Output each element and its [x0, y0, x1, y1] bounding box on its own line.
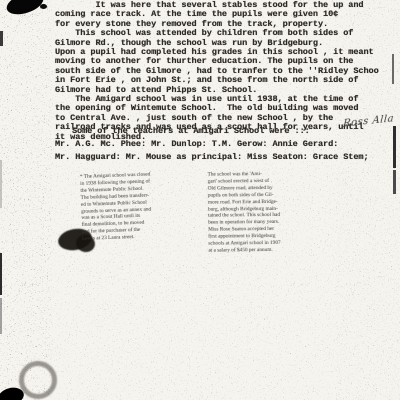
right-edge-line — [393, 170, 396, 194]
ink-blob-bottom-left — [0, 385, 26, 400]
right-edge-line — [393, 126, 396, 168]
teacher-line: Mr. A.G. Mc. Phee: Mr. Dunlop: T.M. Gero… — [55, 140, 338, 149]
typed-text-block: It was here that several stables stood f… — [55, 1, 379, 142]
left-edge-line — [0, 298, 2, 334]
teacher-line: Mr. Hagguard: Mr. Mouse as principal: Mi… — [55, 153, 369, 162]
ink-blob-top-left — [4, 0, 46, 18]
smudge-ring — [19, 361, 57, 399]
left-edge-line — [0, 160, 2, 208]
newspaper-clipping-right: The school was the 'Ami-gari' school ere… — [208, 170, 331, 254]
teachers-heading-line: Some of the teachers at Amigari School w… — [72, 127, 310, 136]
newspaper-clipping-left: * The Amigari school was closedin 1938 f… — [80, 170, 192, 243]
left-edge-mark — [0, 31, 3, 46]
ink-dot-top-left — [40, 4, 47, 9]
right-edge-line — [392, 54, 394, 84]
left-edge-line — [0, 253, 2, 295]
clipping-line: at a salary of $450 per annum. — [208, 246, 330, 254]
scanned-document-page: It was here that several stables stood f… — [0, 0, 400, 400]
